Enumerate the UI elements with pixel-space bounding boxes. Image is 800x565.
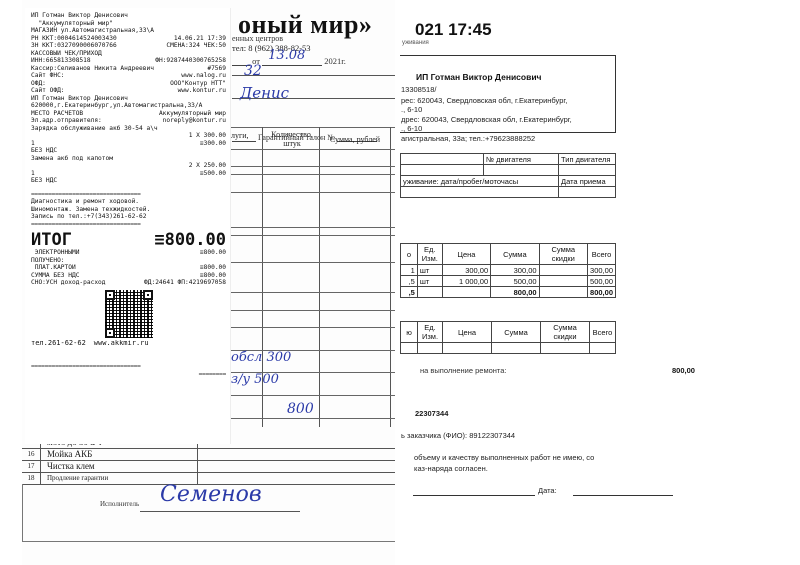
receipt-line: БЕЗ НДС xyxy=(31,177,226,185)
receipt-line: 2 X 250.00 xyxy=(31,162,226,170)
table-totals-row: ,5 800,00 800,00 xyxy=(401,287,616,298)
engine-type-header: Тип двигателя xyxy=(559,154,616,165)
receipt-line: Замена акб под капотом xyxy=(31,155,226,163)
cash-receipt: ИП Готман Виктор Денисович "Аккумуляторн… xyxy=(25,8,230,444)
company-inn: 13308518/ xyxy=(401,85,436,94)
receipt-line: РН ККТ:000461452400343014.06.21 17:39 xyxy=(31,35,226,43)
handwritten-name: Денис xyxy=(240,84,289,102)
payment-line: СНО:УСН доход-расходФД:24641 ФП:42196970… xyxy=(31,279,226,287)
handwritten-number: 32 xyxy=(244,63,262,79)
receipt-line: 1≡500.00 xyxy=(31,170,226,178)
receipt-line: ЗН ККТ:0327090006070766СМЕНА:324 ЧЕК:50 xyxy=(31,42,226,50)
receipt-line: ИП Готман Виктор Денисович xyxy=(31,12,226,20)
receipt-line: Кассир:Селиванов Никита Андреевич#7569 xyxy=(31,65,226,73)
payment-line: ЭЛЕКТРОННЫМИ≡800.00 xyxy=(31,249,226,257)
qr-code xyxy=(105,290,153,338)
receipt-footer: тел.261-62-62 www.akkmir.ru xyxy=(31,340,226,348)
repair-total-value: 800,00 xyxy=(672,366,695,375)
customer-signature-line xyxy=(413,495,535,496)
address-line: рес: 620043, Свердловская обл, г.Екатери… xyxy=(401,96,567,105)
receipt-line: МАГАЗИН ул.Автомагистральная,33\А xyxy=(31,27,226,35)
form-subtitle: енных центров xyxy=(232,34,283,43)
payment-lines: ЭЛЕКТРОННЫМИ≡800.00ПОЛУЧЕНО: ПЛАТ.КАРТОЙ… xyxy=(31,249,226,287)
promo-line: Шиномонтаж. Замена техжидкостей. xyxy=(31,206,226,214)
table-row: 1 шт 300,00 300,00 300,00 xyxy=(401,265,616,276)
form-row: 17Чистка клем xyxy=(22,461,402,473)
receipt-line: МЕСТО РАСЧЕТОВАккумуляторный мир xyxy=(31,110,226,118)
receipt-lines: ИП Готман Виктор Денисович "Аккумуляторн… xyxy=(31,12,226,185)
address-line: ., 6-10 xyxy=(401,105,422,114)
handwritten-line-2: з/у 500 xyxy=(231,372,279,387)
col-header-service: луги, xyxy=(231,131,249,140)
col-header-quantity: Количество, штук xyxy=(265,130,319,148)
service-info-label: уживание: дата/пробег/моточасы xyxy=(401,176,559,187)
executor-label: Исполнитель xyxy=(100,500,139,508)
receipt-line: КАССОВЫЙ ЧЕК/ПРИХОД xyxy=(31,50,226,58)
total-value: ≡800.00 xyxy=(154,231,226,249)
receipt-line: Сайт ФНС:www.nalog.ru xyxy=(31,72,226,80)
receipt-line: ОФД:ООО"Контур НТТ" xyxy=(31,80,226,88)
repair-total-label: на выполнение ремонта: xyxy=(420,366,507,375)
receipt-line: Эл.адр.отправителя:noreply@kontur.ru xyxy=(31,117,226,125)
form-bottom-rows: мото до 50 а/ч 16Мойка АКБ 17Чистка клем… xyxy=(22,437,402,485)
customer-line: ь заказчика (ФИО): 89122307344 xyxy=(401,431,515,440)
payment-line: СУММА БЕЗ НДС≡800.00 xyxy=(31,272,226,280)
receipt-line: 620000,г.Екатеринбург,ул.Автомагистральн… xyxy=(31,102,226,110)
table-row: ,5 шт 1 000,00 500,00 500,00 xyxy=(401,276,616,287)
receipt-separator: ================================ xyxy=(31,363,226,371)
receipt-total: ИТОГ ≡800.00 xyxy=(31,231,226,249)
claims-statement: объему и качеству выполненных работ не и… xyxy=(414,452,594,474)
total-label: ИТОГ xyxy=(31,231,72,249)
company-name: ИП Готман Виктор Денисович xyxy=(416,72,541,82)
receipt-line: ИНН:665813308518ФН:9287440300765258 xyxy=(31,57,226,65)
address-line: ., 6-10 xyxy=(401,124,422,133)
receipt-website: www.akkmir.ru xyxy=(94,340,149,348)
form-row: 16Мойка АКБ xyxy=(22,449,402,461)
address-line: дрес: 620043, Свердловская обл, г.Екатер… xyxy=(401,115,572,124)
promo-line: Диагностика и ремонт ходовой. xyxy=(31,198,226,206)
receipt-tail: ======== xyxy=(31,371,226,379)
payment-line: ПЛАТ.КАРТОЙ≡800.00 xyxy=(31,264,226,272)
payment-line: ПОЛУЧЕНО: xyxy=(31,257,226,265)
services-items-table: о Ед. Изм. Цена Сумма Сумма скидки Всего… xyxy=(400,243,616,298)
receipt-line: Зарядка обслуживание акб 30-54 а\ч xyxy=(31,125,226,133)
parts-table: ю Ед. Изм. Цена Сумма Сумма скидки Всего xyxy=(400,321,616,354)
engine-table: № двигателя Тип двигателя уживание: дата… xyxy=(400,153,616,198)
receipt-line: БЕЗ НДС xyxy=(31,147,226,155)
receipt-line: "Аккумуляторный мир" xyxy=(31,20,226,28)
promo-line: Запись по тел.:+7(343)261-62-62 xyxy=(31,213,226,221)
executor-signature-line xyxy=(140,511,300,512)
receipt-phone: тел.261-62-62 xyxy=(31,340,86,348)
executor-signature: Семенов xyxy=(160,482,262,507)
handwritten-date: 13.08 xyxy=(268,48,305,63)
receipt-separator: ================================ xyxy=(31,221,226,229)
intake-date-label: Дата приема xyxy=(559,176,616,187)
handwritten-total: 800 xyxy=(287,401,314,417)
address-line: агистральная, 33а; тел.:+79623888252 xyxy=(401,134,535,143)
receipt-separator: ================================ xyxy=(31,191,226,199)
handwritten-line-1: обсл 300 xyxy=(231,350,291,365)
receipt-line: 1≡300.00 xyxy=(31,140,226,148)
receipt-line: Сайт ОФД:www.kontur.ru xyxy=(31,87,226,95)
col-header-sum: Сумма, рублей xyxy=(321,135,389,144)
customer-phone: 22307344 xyxy=(415,409,448,418)
engine-number-header: № двигателя xyxy=(484,154,559,165)
date-label: Дата: xyxy=(538,486,557,495)
receipt-line: 1 X 300.00 xyxy=(31,132,226,140)
year-suffix: 2021г. xyxy=(324,56,346,66)
date-line xyxy=(573,495,673,496)
order-subtitle: уживания xyxy=(402,40,429,46)
order-time: 021 17:45 xyxy=(415,20,492,40)
receipt-line: ИП Готман Виктор Денисович xyxy=(31,95,226,103)
